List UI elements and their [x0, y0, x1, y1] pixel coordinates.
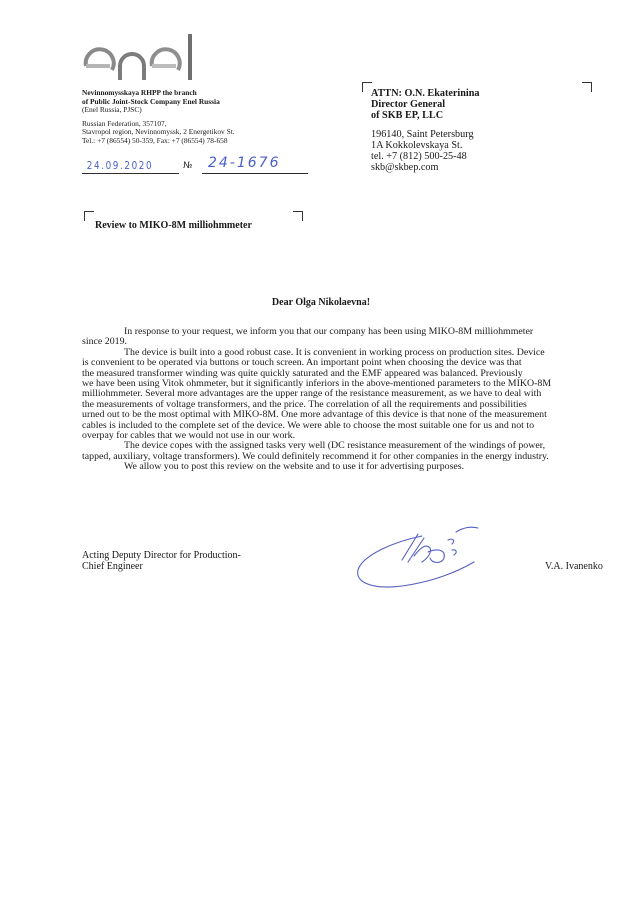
date-underline: [82, 173, 179, 174]
signatory-name: V.A. Ivanenko: [545, 561, 603, 572]
number-label: №: [183, 161, 192, 171]
enel-logo-icon: [80, 28, 210, 84]
signatory-title-line: Acting Deputy Director for Production-: [82, 550, 241, 561]
sender-block: Nevinnomysskaya RHPP the branch of Publi…: [82, 89, 235, 146]
body-line: In response to your request, we inform y…: [82, 327, 612, 337]
reference-line: 24.09.2020 № 24-1676: [82, 158, 312, 178]
corner-mark-icon: [582, 82, 592, 92]
subject-line: Review to MIKO-8M milliohmmeter: [95, 220, 252, 231]
reference-date: 24.09.2020: [82, 158, 158, 174]
sender-contact-line: Tel.: +7 (86554) 50-359, Fax: +7 (86554)…: [82, 137, 235, 146]
recipient-attn: ATTN: O.N. Ekaterinina: [371, 88, 480, 99]
sender-short-name: (Enel Russia, PJSC): [82, 106, 235, 115]
enel-logo: [80, 28, 210, 84]
signature-icon: [352, 522, 494, 594]
reference-number: 24-1676: [202, 155, 314, 171]
signatory-title: Acting Deputy Director for Production- C…: [82, 550, 241, 572]
recipient-address-line: 196140, Saint Petersburg: [371, 129, 480, 140]
recipient-email: skb@skbep.com: [371, 162, 480, 173]
greeting: Dear Olga Nikolaevna!: [0, 297, 642, 308]
recipient-company: of SKB EP, LLC: [371, 110, 480, 121]
recipient-title: Director General: [371, 99, 480, 110]
corner-mark-icon: [84, 211, 94, 221]
handwritten-signature: [352, 522, 494, 594]
recipient-block: ATTN: O.N. Ekaterinina Director General …: [371, 88, 480, 173]
signatory-title-line: Chief Engineer: [82, 561, 241, 572]
number-underline: [202, 173, 308, 174]
body-line: We allow you to post this review on the …: [82, 462, 612, 472]
recipient-address-line: 1A Kokkolevskaya St.: [371, 140, 480, 151]
recipient-phone: tel. +7 (812) 500-25-48: [371, 151, 480, 162]
corner-mark-icon: [293, 211, 303, 221]
letter-body: In response to your request, we inform y…: [82, 327, 612, 473]
